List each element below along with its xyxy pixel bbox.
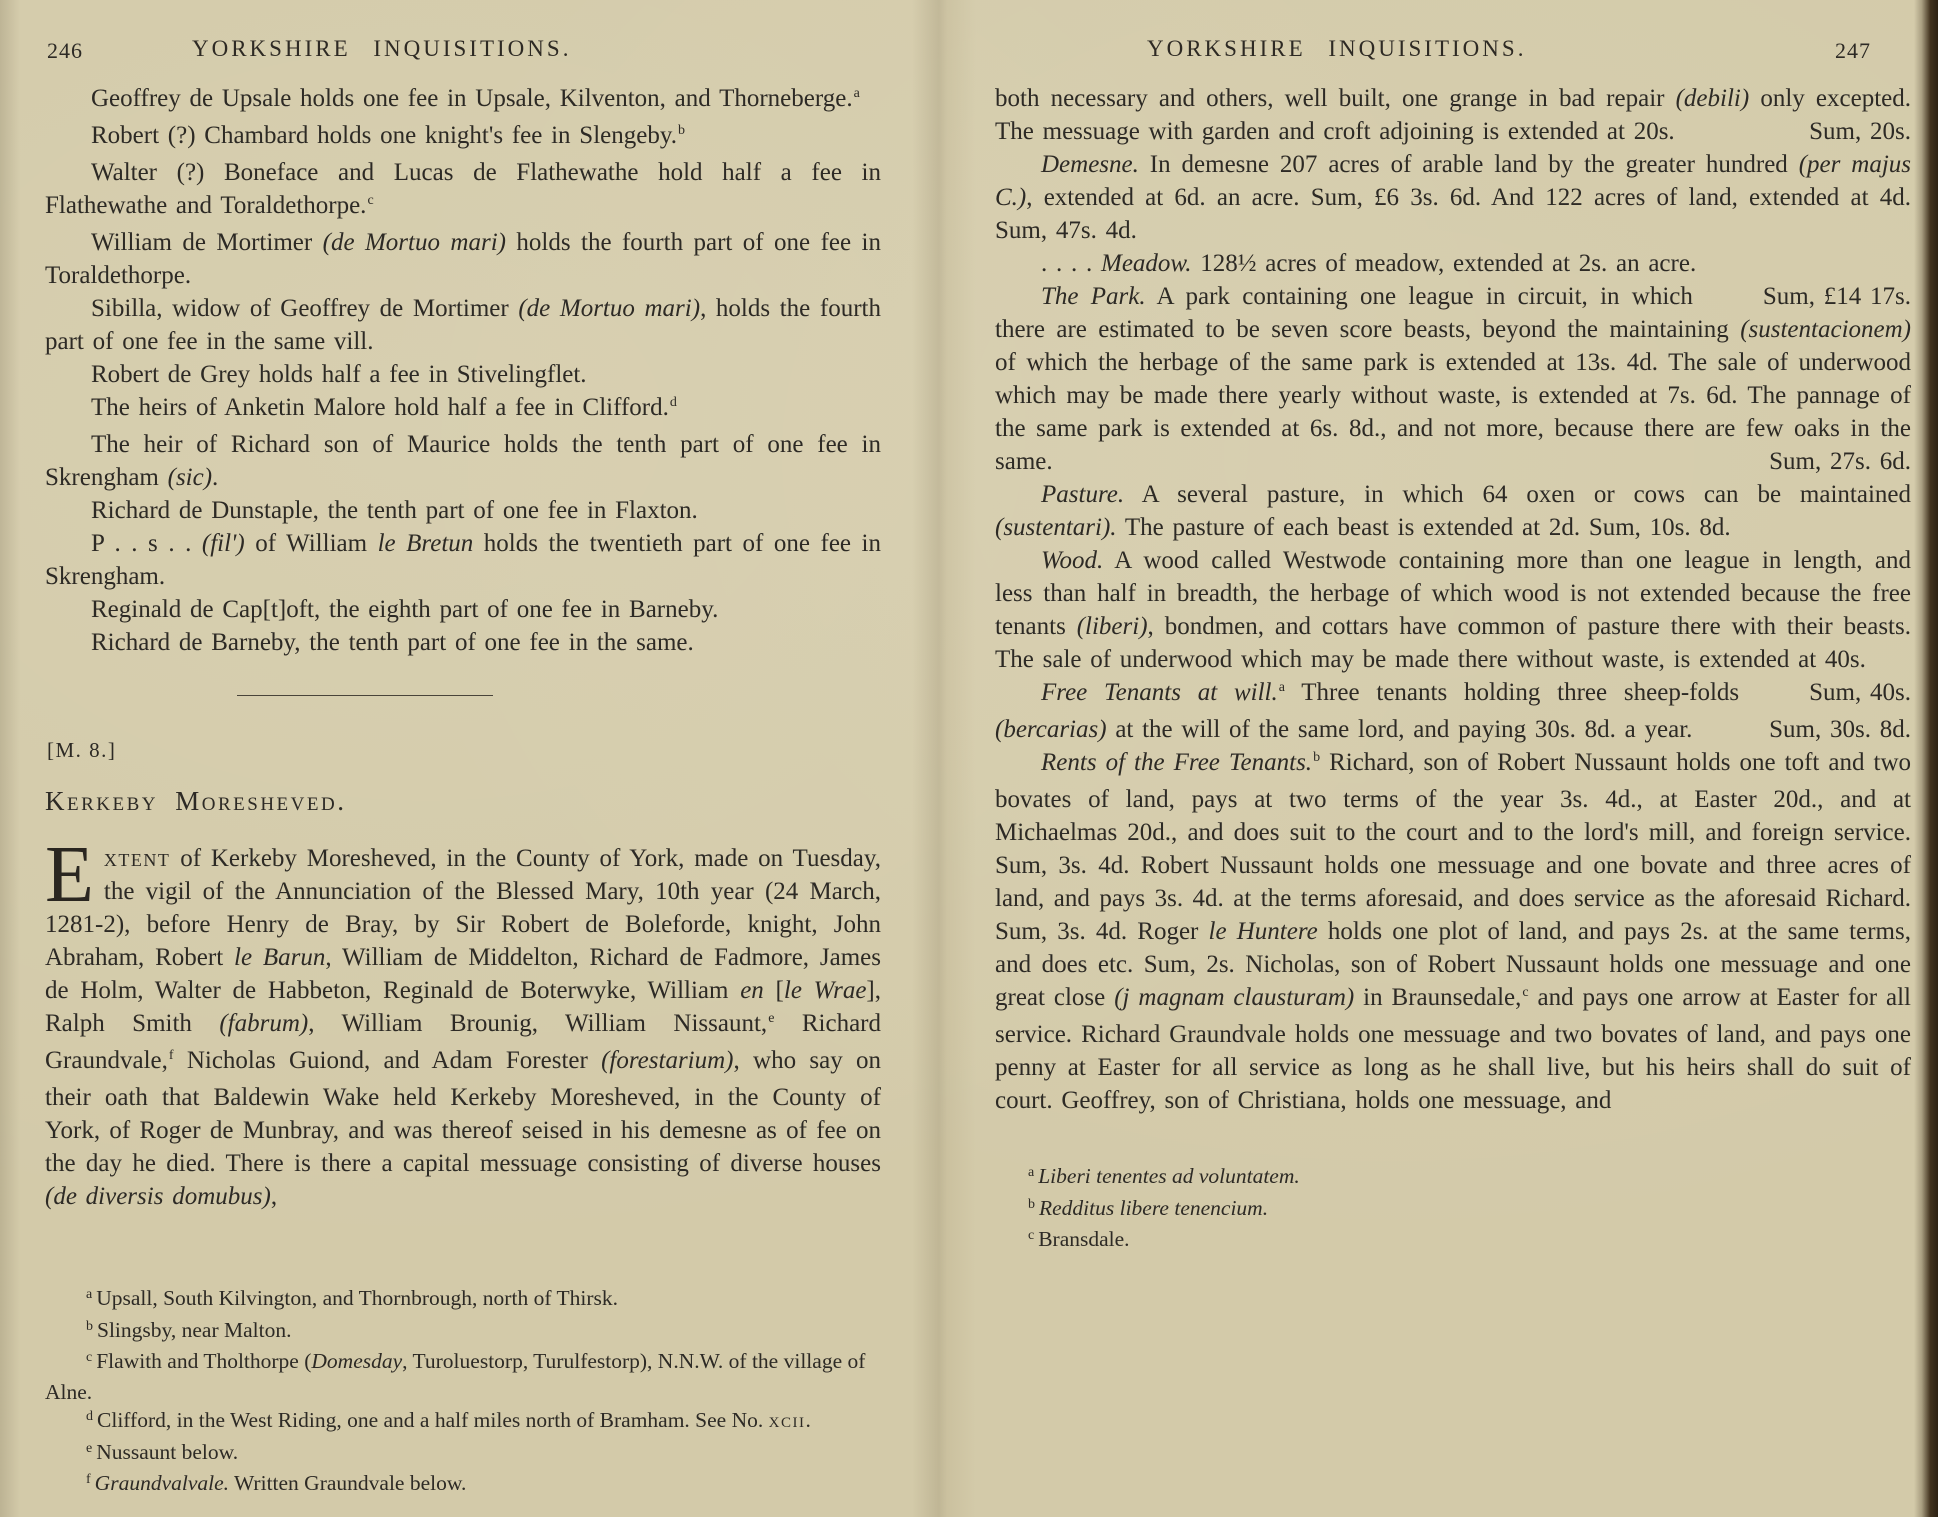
text-segment: Rents of the Free Tenants. — [1041, 749, 1312, 776]
text-segment: Domesday — [311, 1349, 402, 1373]
page-left: 246 YORKSHIRE INQUISITIONS. Geoffrey de … — [0, 0, 945, 1517]
footnote-marker: e — [86, 1441, 92, 1456]
footnote-marker: c — [367, 193, 373, 208]
footnote-marker: f — [169, 1048, 174, 1063]
sum-value: Sum, 20s. — [1809, 115, 1911, 148]
text-segment: In demesne 207 acres of arable land by t… — [1139, 151, 1799, 178]
text-segment: , extended at 6d. an acre. Sum, £6 3s. 6… — [995, 184, 1911, 244]
text-segment: Free Tenants at will. — [1041, 679, 1278, 706]
footnote-marker: e — [768, 1011, 774, 1026]
text-segment: in Braunsedale, — [1354, 984, 1521, 1011]
text-segment: Slingsby, near Malton. — [97, 1318, 291, 1342]
text-segment: le Bretun — [378, 530, 474, 557]
text-segment: le Barun — [234, 944, 325, 971]
text-segment: Wood. — [1041, 547, 1103, 574]
footnote-marker: c — [1522, 985, 1528, 1000]
text-segment: le Huntere — [1209, 918, 1318, 945]
text-segment: (bercarias) — [995, 716, 1107, 743]
text-segment: Written Graundvale below. — [229, 1471, 466, 1495]
text-segment: Sibilla, widow of Geoffrey de Mortimer — [91, 295, 518, 322]
paragraph: Reginald de Cap[t]oft, the eighth part o… — [45, 593, 881, 626]
paragraph: Richard de Barneby, the tenth part of on… — [45, 626, 881, 659]
text-segment: Robert de Grey holds half a fee in Stive… — [91, 361, 587, 388]
paragraph: Sibilla, widow of Geoffrey de Mortimer (… — [45, 292, 881, 358]
text-segment: (liberi) — [1077, 613, 1148, 640]
footnote-marker: c — [1028, 1228, 1034, 1243]
footnote: aUpsall, South Kilvington, and Thornbrou… — [45, 1285, 881, 1316]
footnote-marker: b — [1313, 750, 1320, 765]
paragraph: Demesne. In demesne 207 acres of arable … — [995, 148, 1911, 247]
page-right-body: both necessary and others, well built, o… — [995, 82, 1911, 1258]
section-divider — [237, 695, 493, 696]
footnotes: aLiberi tenentes ad voluntatem.bRedditus… — [1027, 1163, 1911, 1257]
text-segment: The pasture of each beast is extended at… — [1117, 514, 1731, 541]
footnote: fGraundvalvale. Written Graundvale below… — [45, 1470, 881, 1501]
paragraph: Walter (?) Boneface and Lucas de Flathew… — [45, 156, 881, 226]
footnote: cFlawith and Tholthorpe (Domesday, Turol… — [45, 1348, 881, 1406]
text-segment: The heirs of Anketin Malore hold half a … — [91, 394, 669, 421]
paragraph: P . . s . . (fil') of William le Bretun … — [45, 527, 881, 593]
footnote-marker: a — [854, 86, 860, 101]
footnote-marker: f — [86, 1472, 91, 1487]
paragraph: both necessary and others, well built, o… — [995, 82, 1911, 148]
text-segment: Flawith and Tholthorpe ( — [96, 1349, 311, 1373]
text-segment: Clifford, in the West Riding, one and a … — [97, 1408, 769, 1432]
text-segment: Richard, son of Robert Nussaunt holds on… — [995, 749, 1911, 945]
text-segment: Redditus libere tenencium. — [1039, 1196, 1268, 1220]
text-segment: Richard de Dunstaple, the tenth part of … — [91, 497, 698, 524]
footnote-marker: b — [678, 123, 685, 138]
text-segment: Geoffrey de Upsale holds one fee in Upsa… — [91, 85, 853, 112]
footnote: aLiberi tenentes ad voluntatem. — [1027, 1163, 1911, 1194]
paragraph: Wood. A wood called Westwode containing … — [995, 544, 1911, 676]
text-segment: (debili) — [1676, 85, 1750, 112]
paragraph: Robert de Grey holds half a fee in Stive… — [45, 358, 881, 391]
text-segment: . . . . — [1041, 250, 1101, 277]
text-segment: Reginald de Cap[t]oft, the eighth part o… — [91, 596, 718, 623]
footnote-marker: d — [670, 395, 677, 410]
section-heading: Kerkeby Moresheved. — [45, 785, 881, 818]
text-segment: (fabrum) — [219, 1010, 308, 1037]
footnote-marker: d — [86, 1409, 93, 1424]
book-spread-scan: 246 YORKSHIRE INQUISITIONS. Geoffrey de … — [0, 0, 1938, 1517]
text-segment: (fil') — [202, 530, 245, 557]
paragraph: . . . . Meadow. 128½ acres of meadow, ex… — [995, 247, 1911, 280]
page-number-left: 246 — [47, 38, 83, 64]
text-segment: Meadow. — [1101, 250, 1192, 277]
footnote-marker: b — [86, 1319, 93, 1334]
paragraph: The heirs of Anketin Malore hold half a … — [45, 391, 881, 428]
footnotes: aUpsall, South Kilvington, and Thornbrou… — [45, 1285, 881, 1501]
text-segment: Kerkeby Moresheved. — [45, 786, 346, 816]
text-segment: Nicholas Guiond, and Adam Forester — [174, 1047, 602, 1074]
sum-value: Sum, £14 17s. — [1717, 280, 1911, 313]
running-title-right: YORKSHIRE INQUISITIONS. — [1147, 36, 1526, 62]
sum-value: Sum, 40s. — [1763, 676, 1911, 709]
text-segment: xtent — [104, 845, 170, 872]
footnote-marker: c — [86, 1350, 92, 1365]
text-segment: The Park. — [1041, 283, 1146, 310]
text-segment: . — [805, 1408, 810, 1432]
text-segment: A several pasture, in which 64 oxen or c… — [1124, 481, 1911, 508]
footnote-marker: a — [1028, 1165, 1034, 1180]
text-segment: (forestarium) — [601, 1047, 733, 1074]
text-segment: en — [740, 977, 764, 1004]
text-segment: (sic) — [168, 464, 212, 491]
footnote-marker: b — [1028, 1197, 1035, 1212]
text-segment: of William — [245, 530, 378, 557]
footnote-marker: a — [86, 1287, 92, 1302]
sum-value: Sum, 27s. 6d. — [1723, 445, 1911, 478]
text-segment: [ — [764, 977, 784, 1004]
text-segment: Walter (?) Boneface and Lucas de Flathew… — [45, 159, 881, 219]
dropcap-initial: E — [45, 842, 104, 905]
paragraph: William de Mortimer (de Mortuo mari) hol… — [45, 226, 881, 292]
text-segment: Graundvalvale. — [95, 1471, 229, 1495]
paragraph: Richard de Dunstaple, the tenth part of … — [45, 494, 881, 527]
text-segment: (de Mortuo mari) — [518, 295, 700, 322]
footnote: cBransdale. — [1027, 1226, 1911, 1257]
paragraph: Extent of Kerkeby Moresheved, in the Cou… — [45, 842, 881, 1213]
membrane-label: [M. 8.] — [47, 734, 881, 767]
text-segment: , William Brounig, William Nissaunt, — [308, 1010, 767, 1037]
text-segment: [M. 8.] — [47, 738, 116, 762]
text-segment: , — [271, 1183, 277, 1210]
sum-value: Sum, 30s. 8d. — [1723, 713, 1911, 746]
text-segment: Pasture. — [1041, 481, 1124, 508]
text-segment: Demesne. — [1041, 151, 1139, 178]
paragraph: The heir of Richard son of Maurice holds… — [45, 428, 881, 494]
text-segment: William de Mortimer — [91, 229, 323, 256]
text-segment: P . . s . . — [91, 530, 202, 557]
running-title-left: YORKSHIRE INQUISITIONS. — [192, 36, 571, 62]
paragraph: Rents of the Free Tenants.b Richard, son… — [995, 746, 1911, 1117]
text-segment: (sustentacionem) — [1740, 316, 1911, 343]
text-segment: 128½ acres of meadow, extended at 2s. an… — [1192, 250, 1697, 277]
text-segment: at the will of the same lord, and paying… — [1107, 716, 1693, 743]
text-segment: Richard de Barneby, the tenth part of on… — [91, 629, 694, 656]
text-segment: (sustentari). — [995, 514, 1117, 541]
footnote: eNussaunt below. — [45, 1439, 881, 1470]
text-segment: both necessary and others, well built, o… — [995, 85, 1676, 112]
paragraph: Pasture. A several pasture, in which 64 … — [995, 478, 1911, 544]
footnote: dClifford, in the West Riding, one and a… — [45, 1407, 881, 1438]
paragraph: Geoffrey de Upsale holds one fee in Upsa… — [45, 82, 881, 119]
text-segment: . — [212, 464, 218, 491]
page-left-body: Geoffrey de Upsale holds one fee in Upsa… — [45, 82, 881, 1502]
text-segment: le Wrae — [784, 977, 867, 1004]
text-segment: (de diversis domubus) — [45, 1183, 271, 1210]
footnote: bRedditus libere tenencium. — [1027, 1195, 1911, 1226]
page-number-right: 247 — [1835, 38, 1871, 64]
text-segment: Robert (?) Chambard holds one knight's f… — [91, 122, 677, 149]
footnote: bSlingsby, near Malton. — [45, 1317, 881, 1348]
text-segment: Bransdale. — [1038, 1227, 1129, 1251]
page-right: YORKSHIRE INQUISITIONS. 247 both necessa… — [945, 0, 1938, 1517]
text-segment: (j magnam clausturam) — [1114, 984, 1354, 1011]
text-segment: Nussaunt below. — [96, 1440, 238, 1464]
text-segment: xcii — [769, 1408, 806, 1432]
text-segment: Liberi tenentes ad voluntatem. — [1038, 1164, 1300, 1188]
footnote-marker: a — [1279, 680, 1285, 695]
text-segment: Upsall, South Kilvington, and Thornbroug… — [96, 1286, 618, 1310]
text-segment: Three tenants holding three sheep-folds — [1285, 679, 1739, 706]
paragraph: Robert (?) Chambard holds one knight's f… — [45, 119, 881, 156]
text-segment: (de Mortuo mari) — [323, 229, 506, 256]
